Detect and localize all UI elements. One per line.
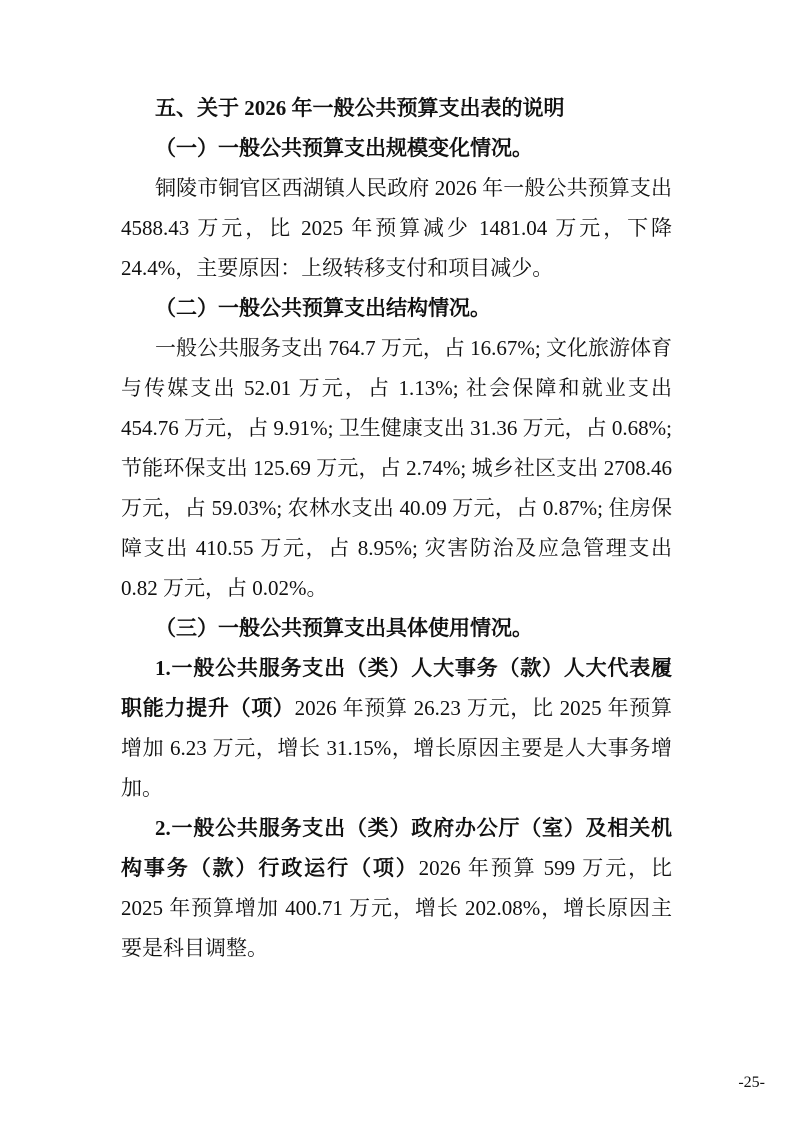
paragraph-structure: 一般公共服务支出 764.7 万元，占 16.67%; 文化旅游体育与传媒支出 … xyxy=(121,328,672,608)
paragraph-item-2: 2.一般公共服务支出（类）政府办公厅（室）及相关机构事务（款）行政运行（项）20… xyxy=(121,808,672,968)
paragraph-scale-change: 铜陵市铜官区西湖镇人民政府 2026 年一般公共预算支出 4588.43 万元，… xyxy=(121,168,672,288)
subheading-scale-change: （一）一般公共预算支出规模变化情况。 xyxy=(121,128,672,168)
subheading-structure: （二）一般公共预算支出结构情况。 xyxy=(121,288,672,328)
page-number: -25- xyxy=(738,1074,765,1092)
subheading-specific-use: （三）一般公共预算支出具体使用情况。 xyxy=(121,608,672,648)
main-heading: 五、关于 2026 年一般公共预算支出表的说明 xyxy=(121,88,672,128)
document-page: 五、关于 2026 年一般公共预算支出表的说明 （一）一般公共预算支出规模变化情… xyxy=(0,0,793,1122)
document-content: 五、关于 2026 年一般公共预算支出表的说明 （一）一般公共预算支出规模变化情… xyxy=(121,88,672,968)
paragraph-item-1: 1.一般公共服务支出（类）人大事务（款）人大代表履职能力提升（项）2026 年预… xyxy=(121,648,672,808)
